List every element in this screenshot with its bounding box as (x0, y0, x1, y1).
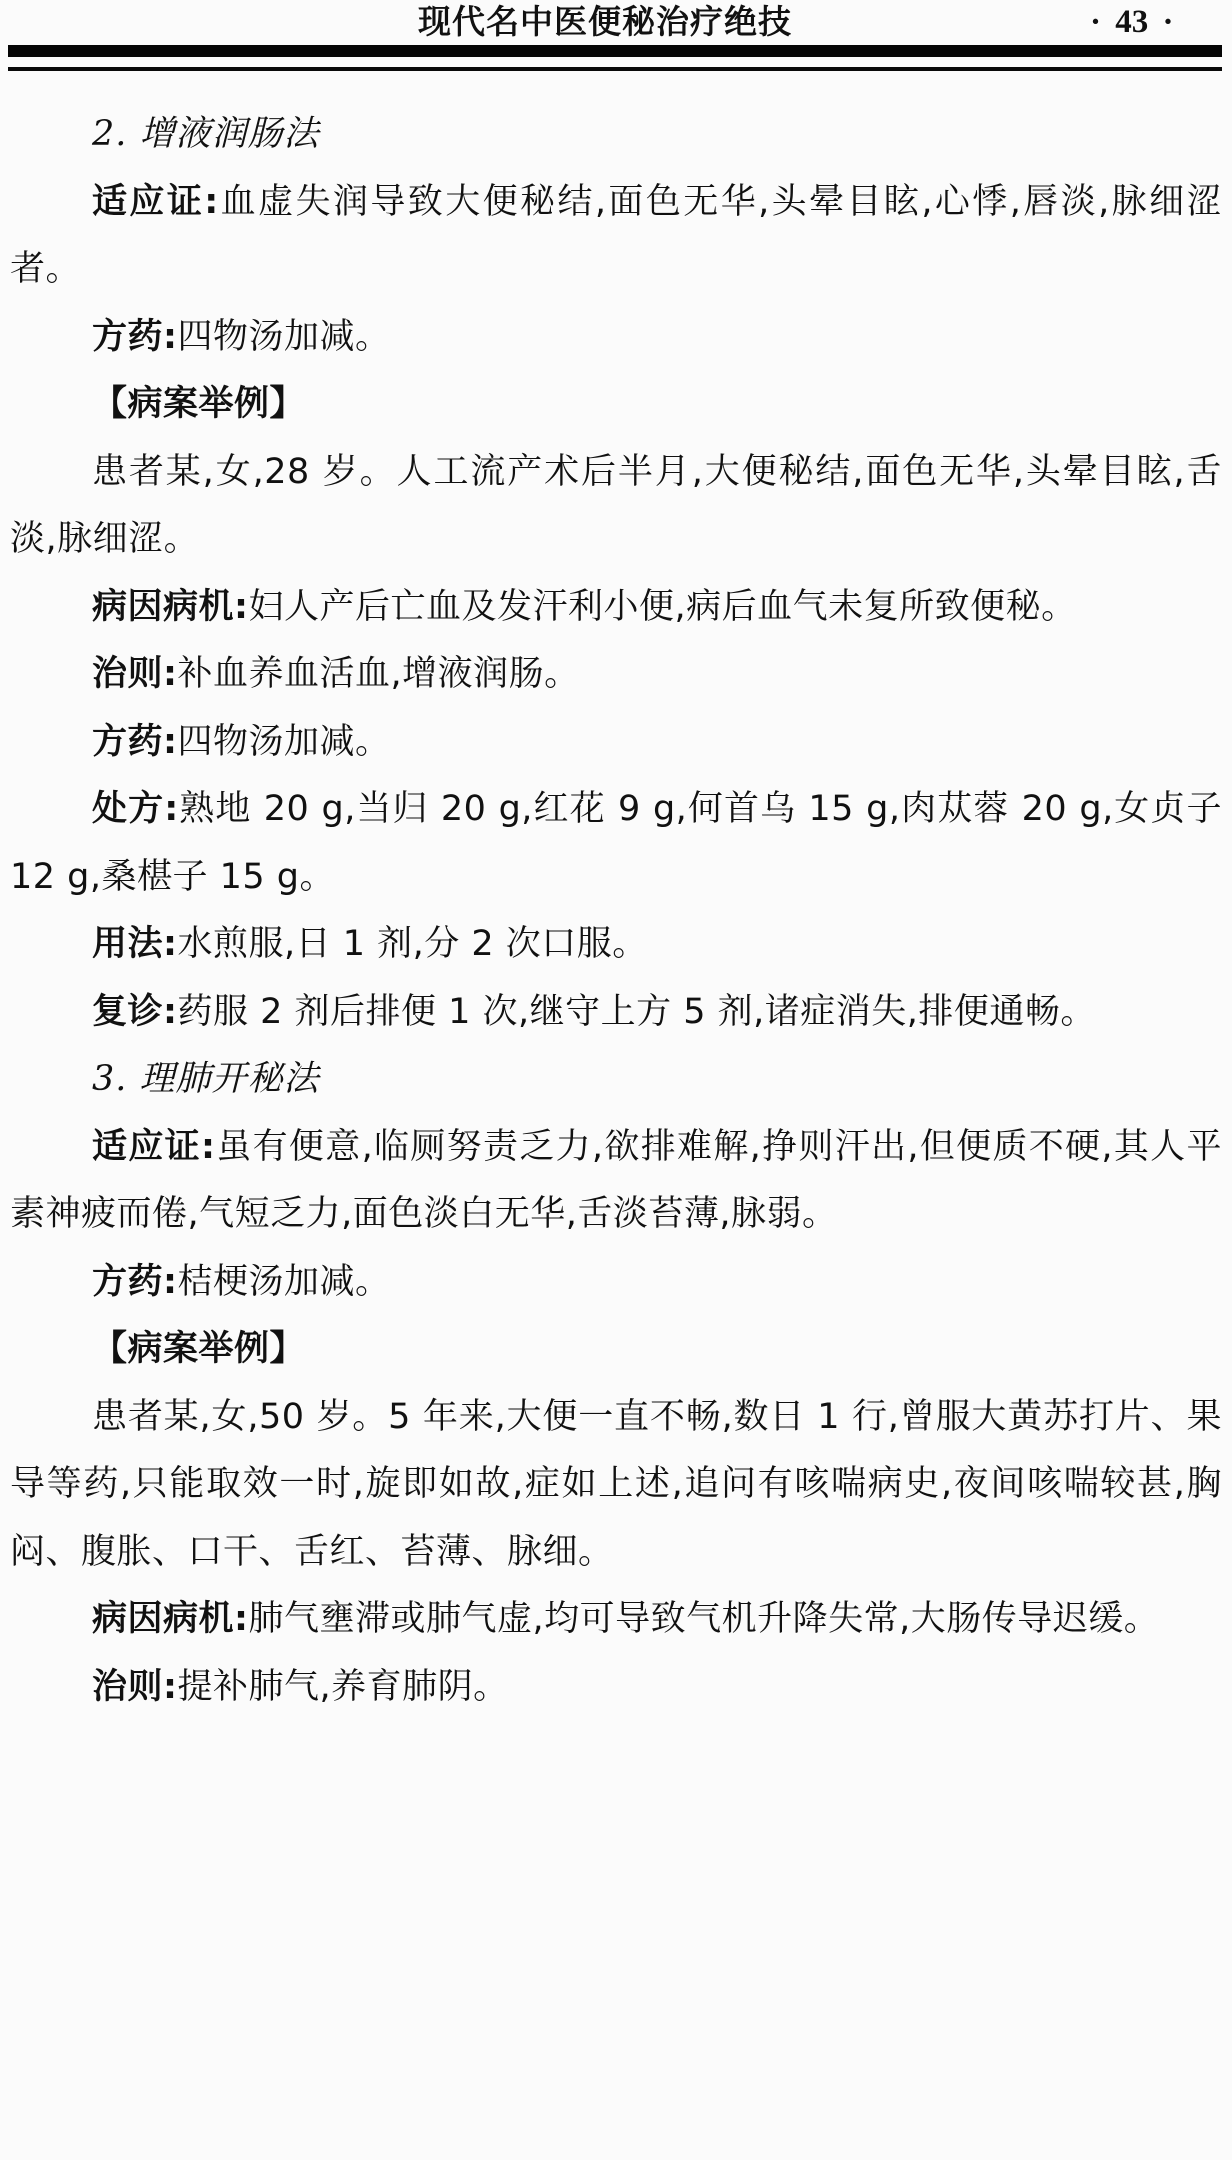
paragraph-etiology: 病因病机:妇人产后亡血及发汗利小便,病后血气未复所致便秘。 (10, 574, 1222, 642)
case-heading: 【病案举例】 (10, 371, 1222, 439)
text-formula: 四物汤加减。 (178, 722, 391, 762)
paragraph-formula: 方药:四物汤加减。 (10, 304, 1222, 372)
label-usage: 用法: (92, 924, 178, 964)
paragraph-prescription: 处方:熟地 20 g,当归 20 g,红花 9 g,何首乌 15 g,肉苁蓉 2… (10, 776, 1222, 911)
label-formula: 方药: (92, 1262, 178, 1302)
text-prescription: 熟地 20 g,当归 20 g,红花 9 g,何首乌 15 g,肉苁蓉 20 g… (10, 789, 1222, 897)
page-body: 2. 增液润肠法 适应证:血虚失润导致大便秘结,面色无华,头晕目眩,心悸,唇淡,… (10, 101, 1222, 1721)
label-formula: 方药: (92, 722, 178, 762)
paragraph-indication-3: 适应证:虽有便意,临厕努责乏力,欲排难解,挣则汗出,但便质不硬,其人平素神疲而倦… (10, 1114, 1222, 1249)
text-formula: 桔梗汤加减。 (178, 1262, 391, 1302)
text-etiology: 妇人产后亡血及发汗利小便,病后血气未复所致便秘。 (249, 587, 1077, 627)
label-principle: 治则: (92, 1667, 178, 1707)
label-etiology: 病因病机: (92, 1599, 249, 1639)
header-rule-thick (8, 45, 1222, 57)
label-formula: 方药: (92, 317, 178, 357)
case-heading-3: 【病案举例】 (10, 1316, 1222, 1384)
paragraph-case: 患者某,女,28 岁。人工流产术后半月,大便秘结,面色无华,头晕目眩,舌淡,脉细… (10, 439, 1222, 574)
section-heading-2: 2. 增液润肠法 (10, 101, 1222, 169)
text-principle: 补血养血活血,增液润肠。 (178, 654, 580, 694)
paragraph-indication: 适应证:血虚失润导致大便秘结,面色无华,头晕目眩,心悸,唇淡,脉细涩者。 (10, 169, 1222, 304)
header-rule-thin (8, 67, 1222, 71)
section-heading-3: 3. 理肺开秘法 (10, 1046, 1222, 1114)
running-title: 现代名中医便秘治疗绝技 (418, 2, 792, 42)
text-principle: 提补肺气,养育肺阴。 (178, 1667, 509, 1707)
text-formula: 四物汤加减。 (178, 317, 391, 357)
paragraph-formula-3: 方药:桔梗汤加减。 (10, 1249, 1222, 1317)
paragraph-formula-2: 方药:四物汤加减。 (10, 709, 1222, 777)
page-header: 现代名中医便秘治疗绝技 · 43 · (0, 0, 1232, 80)
text-etiology: 肺气壅滞或肺气虚,均可导致气机升降失常,大肠传导迟缓。 (249, 1599, 1160, 1639)
page-number: · 43 · (1090, 2, 1174, 42)
text-usage: 水煎服,日 1 剂,分 2 次口服。 (178, 924, 648, 964)
paragraph-etiology-3: 病因病机:肺气壅滞或肺气虚,均可导致气机升降失常,大肠传导迟缓。 (10, 1586, 1222, 1654)
label-prescription: 处方: (92, 789, 179, 829)
label-indication: 适应证: (92, 1127, 215, 1167)
text-followup: 药服 2 剂后排便 1 次,继守上方 5 剂,诸症消失,排便通畅。 (178, 992, 1096, 1032)
paragraph-case-3: 患者某,女,50 岁。5 年来,大便一直不畅,数日 1 行,曾服大黄苏打片、果导… (10, 1384, 1222, 1587)
paragraph-principle: 治则:补血养血活血,增液润肠。 (10, 641, 1222, 709)
label-followup: 复诊: (92, 992, 178, 1032)
label-indication: 适应证: (92, 182, 219, 222)
paragraph-usage: 用法:水煎服,日 1 剂,分 2 次口服。 (10, 911, 1222, 979)
paragraph-followup: 复诊:药服 2 剂后排便 1 次,继守上方 5 剂,诸症消失,排便通畅。 (10, 979, 1222, 1047)
label-etiology: 病因病机: (92, 587, 249, 627)
label-principle: 治则: (92, 654, 178, 694)
paragraph-principle-3: 治则:提补肺气,养育肺阴。 (10, 1654, 1222, 1722)
